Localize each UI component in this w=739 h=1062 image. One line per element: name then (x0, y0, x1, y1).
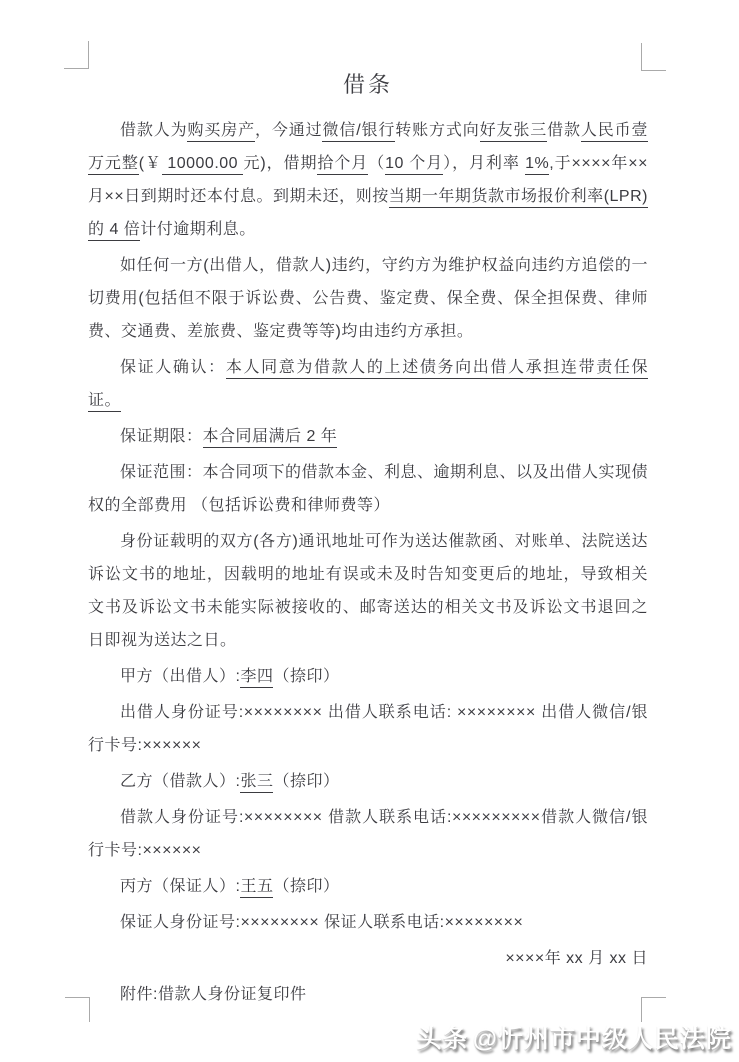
document-body: 借条 借款人为购买房产，今通过微信/银行转账方式向好友张三借款人民币壹万元整(￥… (88, 64, 648, 1014)
filled-in-text: 10000.00 (162, 155, 243, 175)
p-party-b-signature: 乙方（借款人）:张三（捺印） (88, 765, 648, 798)
text-run: 保证人确认： (120, 359, 226, 376)
p-party-a-signature: 甲方（出借人）:李四（捺印） (88, 660, 648, 693)
margin-crop-mark-top-left (64, 41, 89, 69)
text-run: 出借人身份证号:×××××××× 出借人联系电话: ×××××××× 出借人微信… (88, 704, 648, 754)
text-run: 借款人身份证号:×××××××× 借款人联系电话:×××××××××借款人微信/… (88, 809, 648, 859)
text-run: （ (368, 155, 385, 172)
p-guarantee-scope: 保证范围：本合同项下的借款本金、利息、逾期利息、以及出借人实现债权的全部费用 （… (88, 456, 648, 522)
p-party-c-contacts: 保证人身份证号:×××××××× 保证人联系电话:×××××××× (88, 906, 648, 939)
text-run: （捺印） (273, 668, 339, 685)
p-breach-costs: 如任何一方(出借人，借款人)违约，守约方为维护权益向违约方追偿的一切费用(包括但… (88, 249, 648, 348)
filled-in-text: 微信/银行 (322, 122, 395, 142)
text-run: ，今通过 (255, 122, 322, 139)
text-run: 保证期限： (120, 428, 203, 445)
text-run: 丙方（保证人）: (120, 878, 240, 895)
filled-in-text: 购买房产 (187, 122, 254, 142)
toutiao-watermark: 头条@忻州市中级人民法院 (417, 1019, 736, 1055)
p-guarantor-confirmation: 保证人确认：本人同意为借款人的上述债务向出借人承担连带责任保证。 (88, 351, 648, 417)
text-run: 借款人为 (120, 122, 187, 139)
p-service-address: 身份证载明的双方(各方)通讯地址可作为送达催款函、对账单、法院送达诉讼文书的地址… (88, 525, 648, 657)
text-run: 保证范围：本合同项下的借款本金、利息、逾期利息、以及出借人实现债权的全部费用 （… (88, 464, 648, 514)
margin-crop-mark-bottom-left (65, 997, 90, 1022)
text-run: 乙方（借款人）: (120, 773, 240, 790)
text-run: （捺印） (273, 773, 339, 790)
text-run: (￥ (139, 155, 162, 172)
filled-in-text: 1% (525, 155, 549, 175)
filled-in-text: 本合同届满后 2 年 (203, 428, 338, 448)
watermark-brand: 头条 (417, 1025, 469, 1053)
filled-in-text: 王五 (240, 878, 273, 898)
filled-in-text: 10 个月 (385, 155, 443, 175)
text-run: 保证人身份证号:×××××××× 保证人联系电话:×××××××× (120, 914, 523, 931)
text-run: 转账方式向 (395, 122, 479, 139)
text-run: 计付逾期利息。 (140, 221, 256, 238)
text-run: ），月利率 (443, 155, 525, 172)
p-party-b-contacts: 借款人身份证号:×××××××× 借款人联系电话:×××××××××借款人微信/… (88, 801, 648, 867)
filled-in-text: 李四 (240, 668, 273, 688)
text-run: 甲方（出借人）: (120, 668, 240, 685)
p-party-c-signature: 丙方（保证人）:王五（捺印） (88, 870, 648, 903)
text-run: ××××年 xx 月 xx 日 (505, 950, 648, 967)
p-loan-terms: 借款人为购买房产，今通过微信/银行转账方式向好友张三借款人民币壹万元整(￥ 10… (88, 114, 648, 246)
document-page: 借条 借款人为购买房产，今通过微信/银行转账方式向好友张三借款人民币壹万元整(￥… (0, 0, 739, 1062)
text-run: （捺印） (273, 878, 339, 895)
text-run: 附件:借款人身份证复印件 (120, 986, 306, 1003)
text-run: 身份证载明的双方(各方)通讯地址可作为送达催款函、对账单、法院送达诉讼文书的地址… (88, 533, 648, 649)
filled-in-text: 拾个月 (317, 155, 368, 175)
p-party-a-contacts: 出借人身份证号:×××××××× 出借人联系电话: ×××××××× 出借人微信… (88, 696, 648, 762)
watermark-handle: @忻州市中级人民法院 (473, 1025, 732, 1053)
filled-in-text: 好友张三 (480, 122, 547, 142)
filled-in-text: 张三 (240, 773, 273, 793)
p-date: ××××年 xx 月 xx 日 (88, 942, 648, 975)
document-title: 借条 (88, 64, 648, 106)
p-guarantee-period: 保证期限：本合同届满后 2 年 (88, 420, 648, 453)
text-run: 借款 (547, 122, 581, 139)
text-run: 元)，借期 (243, 155, 317, 172)
p-attachment: 附件:借款人身份证复印件 (88, 978, 648, 1011)
text-run: 如任何一方(出借人，借款人)违约，守约方为维护权益向违约方追偿的一切费用(包括但… (88, 257, 648, 340)
